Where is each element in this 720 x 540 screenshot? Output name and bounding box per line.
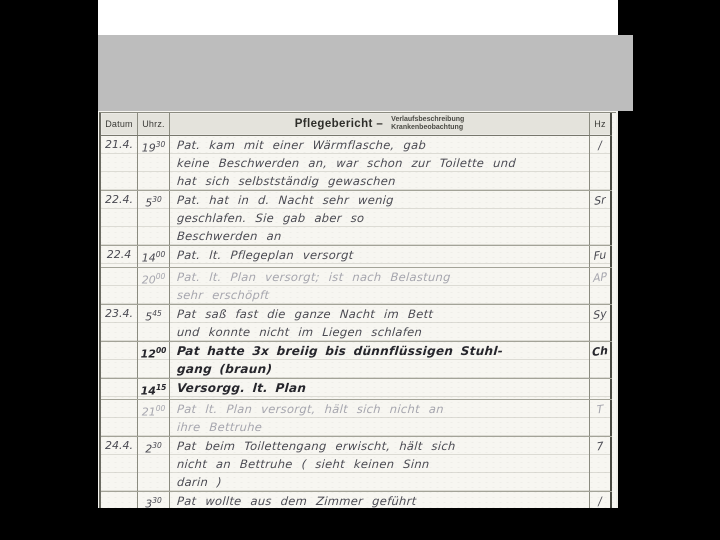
entry-note-text: Pat. hat in d. Nacht sehr weniggeschlafe… bbox=[170, 191, 590, 245]
care-report-table: Datum Uhrz. Pflegebericht – Verlaufsbesc… bbox=[99, 112, 616, 508]
entry-date bbox=[101, 492, 138, 508]
entry-time: 1400 bbox=[138, 246, 170, 267]
note-line: und konnte nicht im Liegen schlafen bbox=[170, 323, 589, 341]
entry-hz-initials: Ch bbox=[590, 342, 612, 378]
note-line: Pat hatte 3x breiig bis dünnflüssigen St… bbox=[170, 342, 589, 360]
entry-time: 1930 bbox=[138, 136, 170, 190]
report-entry-row: 2000Pat. lt. Plan versorgt; ist nach Bel… bbox=[101, 267, 612, 304]
report-entry-row: 24.4.230Pat beim Toilettengang erwischt,… bbox=[101, 436, 612, 491]
note-line: Pat. kam mit einer Wärmflasche, gab bbox=[170, 136, 589, 154]
note-line: sehr erschöpft bbox=[170, 286, 589, 304]
note-line: Pat lt. Plan versorgt, hält sich nicht a… bbox=[170, 400, 589, 418]
entry-note-text: Pat wollte aus dem Zimmer geführtwar auf… bbox=[170, 492, 590, 508]
entry-time: 2100 bbox=[138, 400, 170, 436]
report-entry-row: 330Pat wollte aus dem Zimmer geführtwar … bbox=[101, 491, 612, 508]
note-line: Beschwerden an bbox=[170, 227, 589, 245]
page-right-edge bbox=[616, 112, 618, 508]
note-line: hat sich selbstständig gewaschen bbox=[170, 172, 589, 190]
entry-hz-initials bbox=[590, 379, 612, 400]
entry-note-text: Pat lt. Plan versorgt, hält sich nicht a… bbox=[170, 400, 590, 436]
entry-hz-initials: / bbox=[590, 136, 612, 190]
entry-hz-initials: AP bbox=[590, 268, 612, 304]
entry-time: 545 bbox=[138, 305, 170, 341]
table-body: 21.4.1930Pat. kam mit einer Wärmflasche,… bbox=[101, 136, 612, 508]
screenshot-canvas: Datum Uhrz. Pflegebericht – Verlaufsbesc… bbox=[0, 0, 720, 540]
header-uhrzeit: Uhrz. bbox=[138, 113, 170, 135]
entry-time: 530 bbox=[138, 191, 170, 245]
entry-date bbox=[101, 379, 138, 400]
entry-note-text: Pat saß fast die ganze Nacht im Bettund … bbox=[170, 305, 590, 341]
entry-time: 330 bbox=[138, 492, 170, 508]
entry-date: 21.4. bbox=[101, 136, 138, 190]
entry-note-text: Pat. lt. Plan versorgt; ist nach Belastu… bbox=[170, 268, 590, 304]
entry-note-text: Pat. lt. Pflegeplan versorgt bbox=[170, 246, 590, 267]
entry-date: 24.4. bbox=[101, 437, 138, 491]
header-title-subtitle: Verlaufsbeschreibung Krankenbeobachtung bbox=[391, 116, 464, 132]
note-line: gang (braun) bbox=[170, 360, 589, 378]
entry-hz-initials: Sy bbox=[590, 305, 612, 341]
entry-time: 230 bbox=[138, 437, 170, 491]
table-header-row: Datum Uhrz. Pflegebericht – Verlaufsbesc… bbox=[101, 113, 612, 136]
note-line: darin ) bbox=[170, 473, 589, 491]
entry-date: 23.4. bbox=[101, 305, 138, 341]
note-line: Pat saß fast die ganze Nacht im Bett bbox=[170, 305, 589, 323]
note-line: Pat wollte aus dem Zimmer geführt bbox=[170, 492, 589, 508]
note-line: Pat. lt. Plan versorgt; ist nach Belastu… bbox=[170, 268, 589, 286]
gray-redaction-bar bbox=[98, 35, 633, 111]
entry-date bbox=[101, 400, 138, 436]
report-entry-row: 21.4.1930Pat. kam mit einer Wärmflasche,… bbox=[101, 136, 612, 190]
entry-hz-initials: T bbox=[590, 400, 612, 436]
entry-date bbox=[101, 342, 138, 378]
entry-date bbox=[101, 268, 138, 304]
entry-hz-initials: 7 bbox=[590, 437, 612, 491]
entry-time: 1415 bbox=[138, 379, 170, 400]
note-line: geschlafen. Sie gab aber so bbox=[170, 209, 589, 227]
report-entry-row: 22.41400Pat. lt. Pflegeplan versorgtFu bbox=[101, 245, 612, 267]
header-pflegebericht: Pflegebericht – Verlaufsbeschreibung Kra… bbox=[170, 113, 590, 135]
note-line: Versorgg. lt. Plan bbox=[170, 379, 589, 397]
entry-note-text: Versorgg. lt. Plan bbox=[170, 379, 590, 400]
header-hz: Hz bbox=[590, 113, 612, 135]
entry-date: 22.4 bbox=[101, 246, 138, 267]
note-line: Pat beim Toilettengang erwischt, hält si… bbox=[170, 437, 589, 455]
header-title-sub2: Krankenbeobachtung bbox=[391, 124, 464, 132]
note-line: Pat. hat in d. Nacht sehr wenig bbox=[170, 191, 589, 209]
entry-hz-initials: Sr bbox=[590, 191, 612, 245]
report-entry-row: 23.4.545Pat saß fast die ganze Nacht im … bbox=[101, 304, 612, 341]
report-entry-row: 1200Pat hatte 3x breiig bis dünnflüssige… bbox=[101, 341, 612, 378]
entry-hz-initials: Fu bbox=[590, 246, 612, 267]
header-datum: Datum bbox=[101, 113, 138, 135]
report-entry-row: 22.4.530Pat. hat in d. Nacht sehr wenigg… bbox=[101, 190, 612, 245]
header-title-main: Pflegebericht – bbox=[295, 118, 383, 130]
note-line: ihre Bettruhe bbox=[170, 418, 589, 436]
note-line: Pat. lt. Pflegeplan versorgt bbox=[170, 246, 589, 264]
note-line: nicht an Bettruhe ( sieht keinen Sinn bbox=[170, 455, 589, 473]
entry-time: 1200 bbox=[138, 342, 170, 378]
entry-time: 2000 bbox=[138, 268, 170, 304]
header-title-sub1: Verlaufsbeschreibung bbox=[391, 116, 464, 124]
note-line: keine Beschwerden an, war schon zur Toil… bbox=[170, 154, 589, 172]
entry-date: 22.4. bbox=[101, 191, 138, 245]
entry-note-text: Pat beim Toilettengang erwischt, hält si… bbox=[170, 437, 590, 491]
report-entry-row: 2100Pat lt. Plan versorgt, hält sich nic… bbox=[101, 399, 612, 436]
entry-note-text: Pat. kam mit einer Wärmflasche, gabkeine… bbox=[170, 136, 590, 190]
entry-hz-initials: / bbox=[590, 492, 612, 508]
page-top-margin bbox=[98, 0, 618, 36]
entry-note-text: Pat hatte 3x breiig bis dünnflüssigen St… bbox=[170, 342, 590, 378]
report-entry-row: 1415Versorgg. lt. Plan bbox=[101, 378, 612, 400]
